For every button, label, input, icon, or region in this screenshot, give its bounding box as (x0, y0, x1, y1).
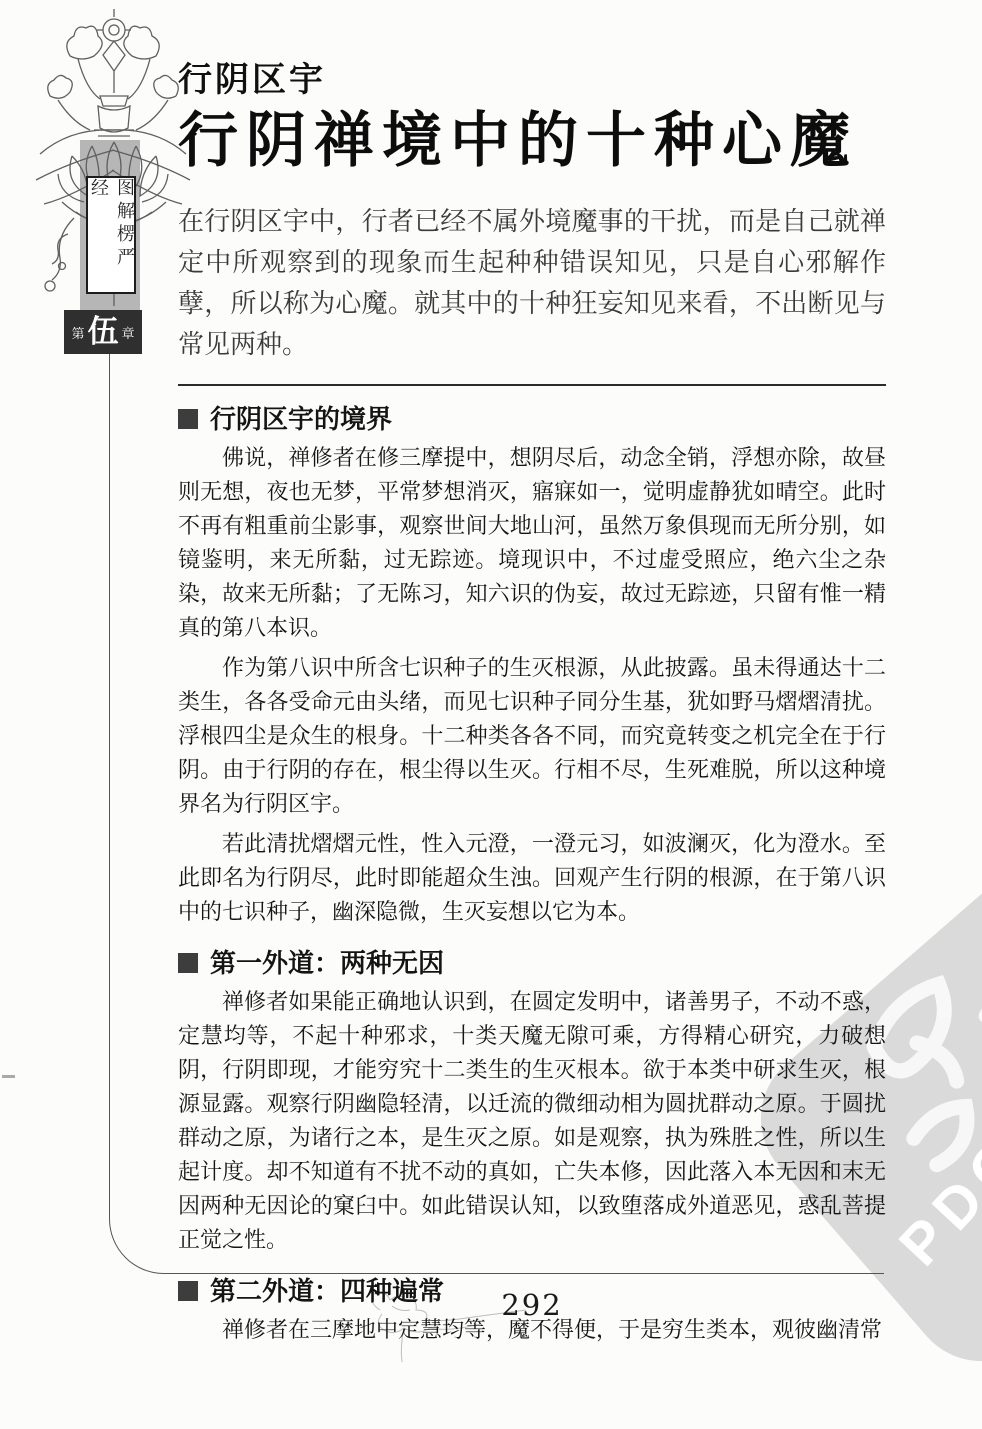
section-heading-1: 行阴区宇的境界 (178, 404, 886, 434)
book-page: PDG (0, 0, 982, 1429)
intro-divider (178, 384, 886, 386)
intro-paragraph: 在行阴区宇中，行者已经不属外境魔事的干扰，而是自己就禅定中所观察到的现象而生起种… (178, 202, 886, 366)
chapter-number: 伍 (88, 317, 119, 348)
section-kicker: 行阴区宇 (178, 52, 886, 101)
square-bullet-icon (178, 409, 198, 429)
body-paragraph: 作为第八识中所含七识种子的生灭根源，从此披露。虽未得通达十二类生，各各受命元由头… (178, 652, 886, 822)
book-title: 图解楞严经 (85, 178, 137, 292)
chapter-prefix: 第 (71, 323, 84, 342)
section-heading-2: 第一外道：两种无因 (178, 948, 886, 978)
chapter-badge: 第 伍 章 (64, 310, 142, 354)
page-title: 行阴禅境中的十种心魔 (178, 107, 886, 176)
main-content: 行阴区宇 行阴禅境中的十种心魔 在行阴区宇中，行者已经不属外境魔事的干扰，而是自… (178, 52, 886, 1348)
body-paragraph: 佛说，禅修者在修三摩提中，想阴尽后，动念全销，浮想亦除，故昼则无想，夜也无梦，平… (178, 442, 886, 646)
page-edge-tick (2, 1075, 15, 1078)
square-bullet-icon (178, 953, 198, 973)
body-paragraph: 禅修者如果能正确地认识到，在圆定发明中，诸善男子，不动不惑，定慧均等，不起十种邪… (178, 986, 886, 1258)
section-heading-label: 第一外道：两种无因 (210, 948, 444, 978)
chapter-suffix: 章 (122, 323, 135, 342)
book-title-box: 图解楞严经 (86, 176, 136, 294)
section-heading-label: 行阴区宇的境界 (210, 404, 392, 434)
page-number: 292 (178, 1288, 886, 1322)
body-paragraph: 若此清扰熠熠元性，性入元澄，一澄元习，如波澜灭，化为澄水。至此即名为行阴尽，此时… (178, 828, 886, 930)
